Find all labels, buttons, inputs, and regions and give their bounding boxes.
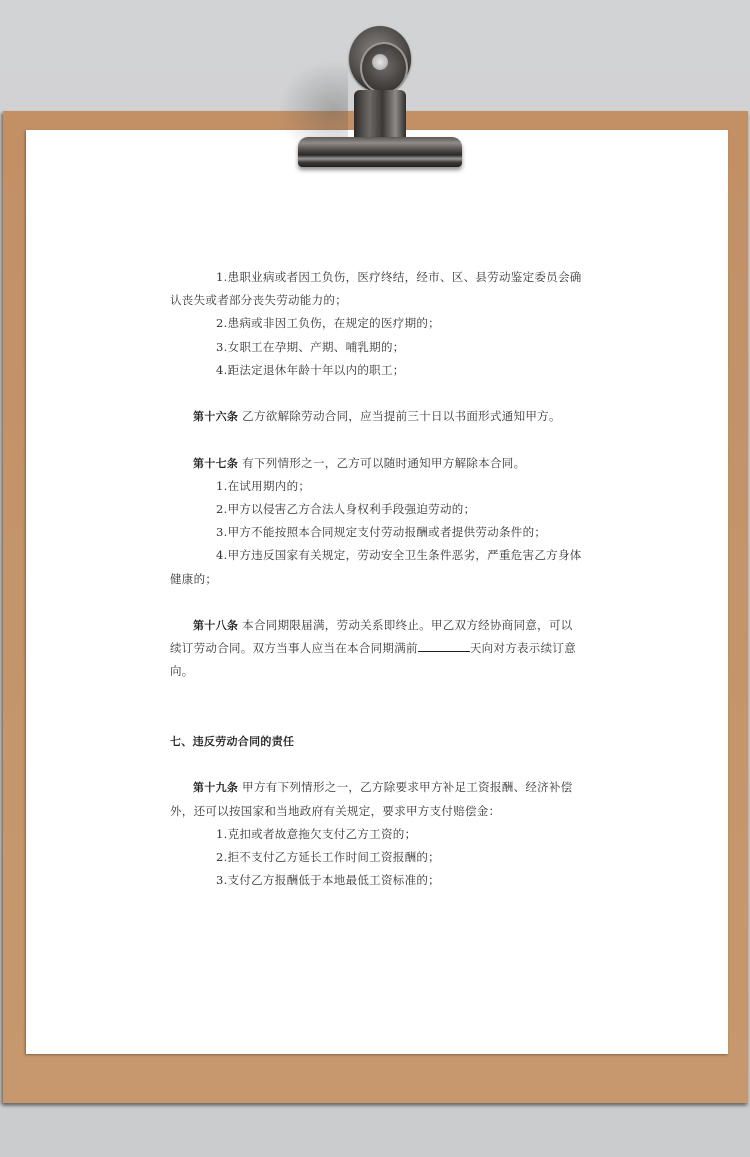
article-text: 本合同期限届满，劳动关系即终止。甲乙双方经协商同意，可以 (242, 618, 572, 632)
spacer (170, 684, 582, 730)
list-item: 4.距法定退休年龄十年以内的职工； (170, 359, 582, 382)
article-18: 第十八条 本合同期限届满，劳动关系即终止。甲乙双方经协商同意，可以 (170, 614, 582, 637)
section-heading: 七、违反劳动合同的责任 (170, 730, 582, 753)
list-item: 2.甲方以侵害乙方合法人身权利手段强迫劳动的； (170, 498, 582, 521)
clip-hole (372, 54, 388, 70)
list-item: 1.克扣或者故意拖欠支付乙方工资的； (170, 823, 582, 846)
list-item: 4.甲方违反国家有关规定，劳动安全卫生条件恶劣，严重危害乙方身体 (170, 544, 582, 567)
article-18-line-2: 续订劳动合同。双方当事人应当在本合同期满前天向对方表示续订意 (170, 637, 582, 660)
list-item-continuation: 健康的； (170, 568, 582, 591)
list-item: 1.患职业病或者因工负伤，医疗终结，经市、区、县劳动鉴定委员会确 (170, 266, 582, 289)
article-label: 第十八条 (193, 619, 238, 632)
list-item: 2.拒不支付乙方延长工作时间工资报酬的； (170, 846, 582, 869)
article-text: 有下列情形之一，乙方可以随时通知甲方解除本合同。 (242, 456, 525, 470)
article-text: 续订劳动合同。双方当事人应当在本合同期满前 (170, 641, 418, 655)
list-item: 3.女职工在孕期、产期、哺乳期的； (170, 336, 582, 359)
spacer (170, 591, 582, 614)
document-body: 1.患职业病或者因工负伤，医疗终结，经市、区、县劳动鉴定委员会确 认丧失或者部分… (170, 266, 582, 892)
article-text: 甲方有下列情形之一，乙方除要求甲方补足工资报酬、经济补偿 (242, 780, 572, 794)
binder-clip-icon (270, 20, 470, 175)
article-17: 第十七条 有下列情形之一，乙方可以随时通知甲方解除本合同。 (170, 452, 582, 475)
article-text: 乙方欲解除劳动合同，应当提前三十日以书面形式通知甲方。 (242, 409, 561, 423)
clip-neck (354, 90, 406, 142)
article-19: 第十九条 甲方有下列情形之一，乙方除要求甲方补足工资报酬、经济补偿 (170, 776, 582, 799)
list-item: 3.甲方不能按照本合同规定支付劳动报酬或者提供劳动条件的； (170, 521, 582, 544)
list-item-continuation: 认丧失或者部分丧失劳动能力的； (170, 289, 582, 312)
list-item: 3.支付乙方报酬低于本地最低工资标准的； (170, 869, 582, 892)
list-item: 1.在试用期内的； (170, 475, 582, 498)
article-16: 第十六条 乙方欲解除劳动合同，应当提前三十日以书面形式通知甲方。 (170, 405, 582, 428)
article-18-line-3: 向。 (170, 660, 582, 683)
article-label: 第十六条 (193, 410, 238, 423)
article-19-line-2: 外，还可以按国家和当地政府有关规定，要求甲方支付赔偿金： (170, 800, 582, 823)
article-text: 天向对方表示续订意 (470, 641, 576, 655)
clip-jaw (298, 137, 462, 167)
list-item: 2.患病或非因工负伤，在规定的医疗期的； (170, 312, 582, 335)
days-blank-field[interactable] (418, 639, 470, 652)
article-label: 第十九条 (193, 781, 238, 794)
spacer (170, 428, 582, 451)
article-label: 第十七条 (193, 457, 238, 470)
spacer (170, 382, 582, 405)
spacer (170, 753, 582, 776)
